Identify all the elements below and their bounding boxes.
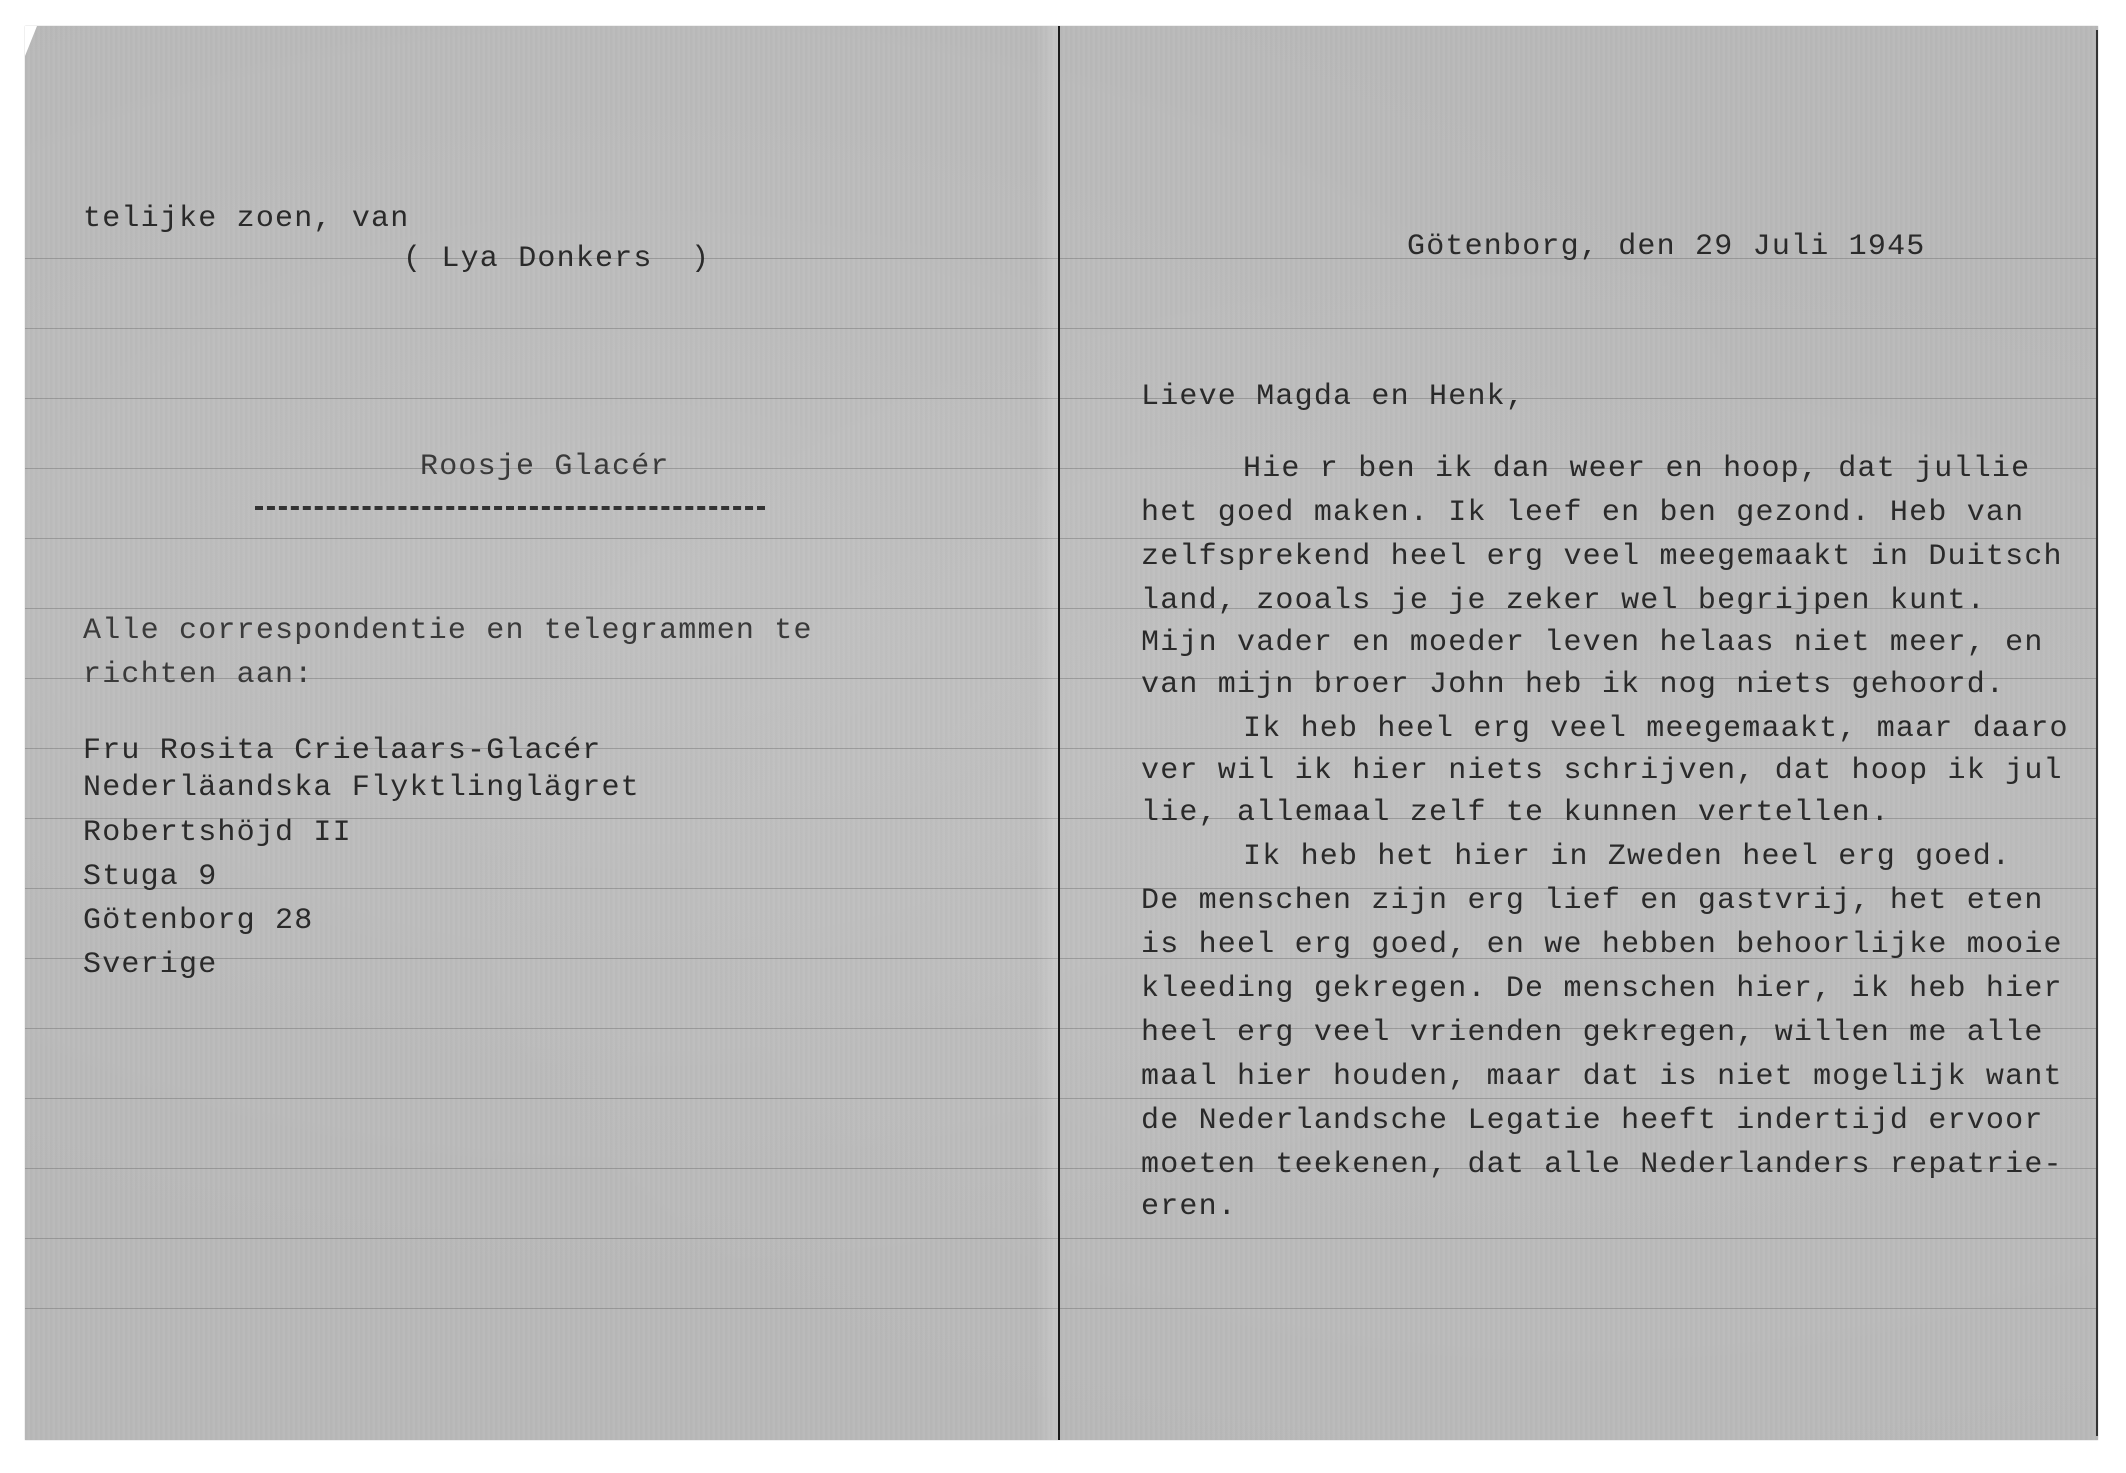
address-intro-line-2: richten aan: xyxy=(83,660,313,690)
fold-shadow xyxy=(1035,26,1058,1440)
address-line-5: Götenborg 28 xyxy=(83,906,313,936)
ruled-line xyxy=(25,1098,2098,1099)
letter-sheet: telijke zoen, van ( Lya Donkers ) Roosje… xyxy=(25,26,2098,1440)
body-line: het goed maken. Ik leef en ben gezond. H… xyxy=(1141,498,2024,528)
body-line: lie, allemaal zelf te kunnen vertellen. xyxy=(1141,798,1890,828)
body-line: van mijn broer John heb ik nog niets geh… xyxy=(1141,670,2005,700)
ruled-line xyxy=(25,538,2098,539)
signature-name: Roosje Glacér xyxy=(420,452,670,482)
body-line: zelfsprekend heel erg veel meegemaakt in… xyxy=(1141,542,2063,572)
body-line: land, zooals je je zeker wel begrijpen k… xyxy=(1141,586,1986,616)
body-line: maal hier houden, maar dat is niet mogel… xyxy=(1141,1062,2063,1092)
address-line-1: Fru Rosita Crielaars-Glacér xyxy=(83,736,601,766)
address-line-4: Stuga 9 xyxy=(83,862,217,892)
sheet-right-edge xyxy=(2096,30,2098,1436)
body-line: de Nederlandsche Legatie heeft indertijd… xyxy=(1141,1106,2044,1136)
closing-line: telijke zoen, van xyxy=(83,204,409,234)
address-line-3: Robertshöjd II xyxy=(83,818,352,848)
body-line: is heel erg goed, en we hebben behoorlij… xyxy=(1141,930,2063,960)
body-line: kleeding gekregen. De menschen hier, ik … xyxy=(1141,974,2063,1004)
center-fold-crease xyxy=(1058,26,1060,1440)
body-line: eren. xyxy=(1141,1192,1237,1222)
body-line: De menschen zijn erg lief en gastvrij, h… xyxy=(1141,886,2044,916)
dateline: Götenborg, den 29 Juli 1945 xyxy=(1407,232,1925,262)
torn-corner xyxy=(25,26,37,56)
ruled-line xyxy=(25,328,2098,329)
body-line: heel erg veel vrienden gekregen, willen … xyxy=(1141,1018,2044,1048)
salutation: Lieve Magda en Henk, xyxy=(1141,382,1525,412)
body-line: Ik heb heel erg veel meegemaakt, maar da… xyxy=(1243,714,2069,744)
body-line: Ik heb het hier in Zweden heel erg goed. xyxy=(1243,842,2011,872)
body-line: ver wil ik hier niets schrijven, dat hoo… xyxy=(1141,756,2063,786)
body-line: Hie r ben ik dan weer en hoop, dat julli… xyxy=(1243,454,2030,484)
address-line-6: Sverige xyxy=(83,950,217,980)
address-intro-line-1: Alle correspondentie en telegrammen te xyxy=(83,616,813,646)
body-line: Mijn vader en moeder leven helaas niet m… xyxy=(1141,628,2044,658)
address-line-2: Nederläandska Flyktlinglägret xyxy=(83,773,640,803)
ruled-line xyxy=(25,1308,2098,1309)
ruled-line xyxy=(25,398,2098,399)
ruled-line xyxy=(25,1238,2098,1239)
signature-separator xyxy=(255,506,765,510)
body-line: moeten teekenen, dat alle Nederlanders r… xyxy=(1141,1150,2063,1180)
typed-signature: ( Lya Donkers ) xyxy=(403,244,710,274)
